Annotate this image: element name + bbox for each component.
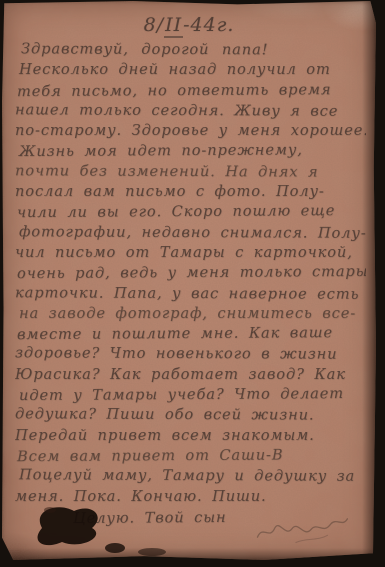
letter-line: идет у Тамары учеба? Что делает: [19, 384, 366, 406]
letter-line: Передай привет всем знакомым.: [15, 426, 366, 446]
letter-line: по-старому. Здоровье у меня хорошее.: [15, 121, 366, 141]
letter-line: вместе и пошлите мне. Как ваше: [17, 323, 366, 345]
letter-line: Юрасика? Как работает завод? Как: [15, 365, 366, 385]
letter-line: чили ли вы его. Скоро пошлю еще: [17, 201, 366, 223]
letter-date: 8/II-44г.: [2, 14, 376, 36]
letter-line: карточки. Папа, у вас наверное есть: [15, 283, 366, 305]
letter-line: нашел только сегодня. Живу я все: [15, 100, 366, 122]
letter-line: послал вам письмо с фото. Полу-: [15, 182, 366, 202]
signature-scrawl: [254, 509, 351, 550]
ink-blot: [20, 498, 180, 556]
date-year: -44г.: [183, 14, 234, 36]
letter-line: Всем вам привет от Саши-В: [17, 445, 366, 467]
letter-line: Несколько дней назад получил от: [19, 60, 366, 80]
letter-body: Здравствуй, дорогой папа!Несколько дней …: [15, 40, 366, 545]
scanned-letter: 8/II-44г. Здравствуй, дорогой папа!Неско…: [0, 0, 385, 567]
letter-line: фотографии, недавно снимался. Полу-: [19, 222, 366, 244]
letter-line: почти без изменений. На днях я: [15, 161, 366, 183]
letter-line: здоровье? Что новенького в жизни: [15, 344, 366, 366]
letter-line: дедушка? Пиши обо всей жизни.: [15, 405, 366, 427]
letter-line: тебя письмо, но ответить время: [17, 80, 366, 102]
letter-line: на заводе фотограф, снимитесь все-: [19, 304, 366, 324]
letter-line: Здравствуй, дорогой папа!: [21, 40, 366, 61]
letter-line: Поцелуй маму, Тамару и дедушку за: [19, 465, 366, 487]
letter-line: чил письмо от Тамары с карточкой,: [15, 243, 366, 263]
date-month: II: [164, 14, 183, 38]
date-day: 8/: [144, 14, 165, 36]
letter-line: очень рад, ведь у меня только старые: [17, 262, 366, 284]
letter-line: Жизнь моя идет по-прежнему,: [19, 140, 366, 162]
letter-paper: 8/II-44г. Здравствуй, дорогой папа!Неско…: [2, 1, 376, 560]
